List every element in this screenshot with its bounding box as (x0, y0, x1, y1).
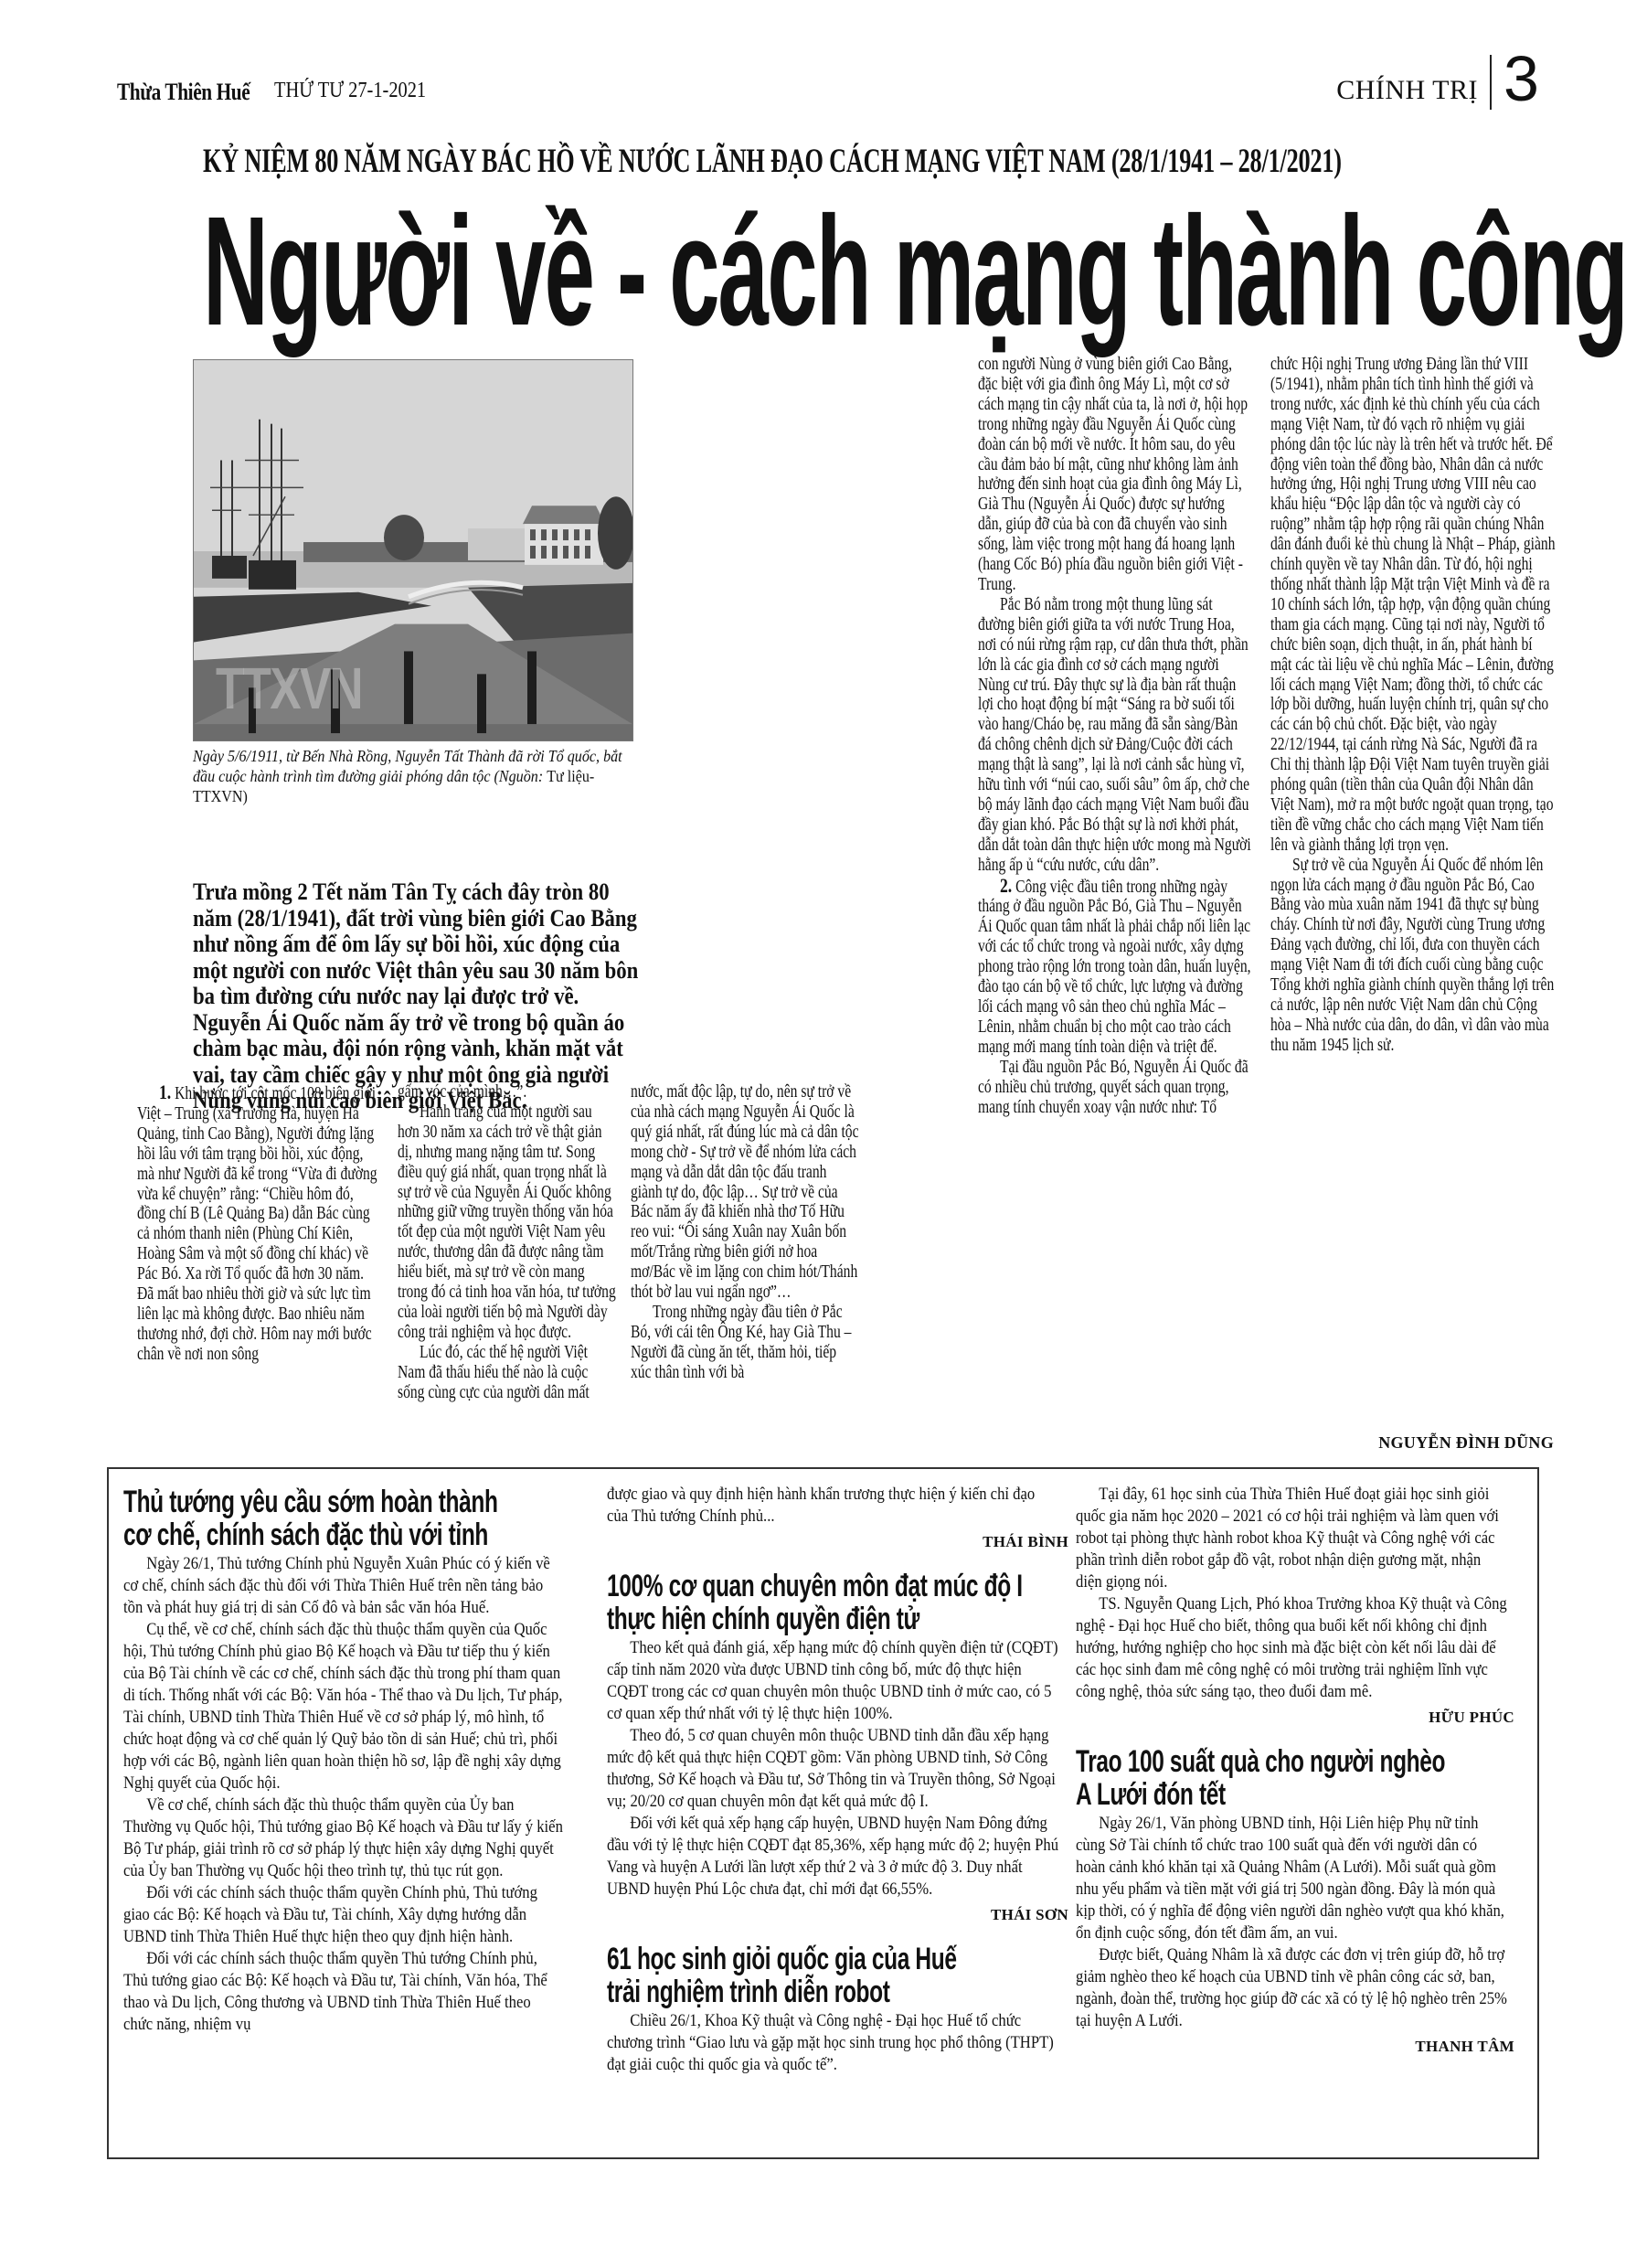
paragraph: Sự trở về của Nguyễn Ái Quốc để nhóm lên… (1270, 856, 1556, 1056)
page-number: 3 (1504, 42, 1539, 115)
article-byline: NGUYỄN ĐÌNH DŨNG (1270, 1433, 1554, 1453)
paragraph: Tại đây, 61 học sinh của Thừa Thiên Huế … (1076, 1484, 1508, 1593)
photo-caption: Ngày 5/6/1911, từ Bến Nhà Rồng, Nguyễn T… (193, 746, 637, 806)
paragraph: Pắc Bó nằm trong một thung lũng sát đườn… (978, 595, 1252, 876)
title-line: cơ chế, chính sách đặc thù với tỉnh (123, 1518, 452, 1551)
title-line: Trao 100 suất quà cho người nghèo (1076, 1745, 1392, 1778)
paragraph: được giao và quy định hiện hành khẩn trư… (607, 1484, 1059, 1528)
paragraph: chức Hội nghị Trung ương Đảng lần thứ VI… (1270, 355, 1556, 856)
news-title: 100% cơ quan chuyên môn đạt múc độ I thự… (607, 1570, 940, 1635)
news-column-3: Tại đây, 61 học sinh của Thừa Thiên Huế … (1076, 1484, 1514, 2074)
title-line: Thủ tướng yêu cầu sớm hoàn thành (123, 1485, 452, 1518)
news-column-2: được giao và quy định hiện hành khẩn trư… (607, 1484, 1068, 2076)
paragraph: 1. Khi bước tới cột mốc 108 biên giới Vi… (137, 1082, 380, 1365)
title-line: trải nghiệm trình diễn robot (607, 1975, 940, 2008)
news-byline: THÁI BÌNH (607, 1533, 1068, 1551)
paragraph: gấm vóc của mình…”. (398, 1082, 617, 1102)
photo-watermark: TTXVN (216, 655, 362, 722)
title-line: A Lưới đón tết (1076, 1778, 1392, 1811)
news-title: 61 học sinh giỏi quốc gia của Huế trải n… (607, 1943, 940, 2008)
article-photo: TTXVN (193, 359, 633, 741)
body-column-2: gấm vóc của mình…”. Hành trang của một n… (398, 1082, 617, 1403)
section-number: 2. (1000, 874, 1012, 897)
paragraph: Đối với các chính sách thuộc thẩm quyền … (123, 1948, 564, 2036)
paragraph: Ngày 26/1, Văn phòng UBND tỉnh, Hội Liên… (1076, 1813, 1508, 1944)
article-kicker: KỶ NIỆM 80 NĂM NGÀY BÁC HỒ VỀ NƯỚC LÃNH … (203, 142, 1164, 181)
body-column-b: chức Hội nghị Trung ương Đảng lần thứ VI… (1270, 355, 1556, 1056)
paragraph: Tại đầu nguồn Pắc Bó, Nguyễn Ái Quốc đã … (978, 1058, 1252, 1118)
paragraph: Đối với các chính sách thuộc thẩm quyền … (123, 1882, 564, 1948)
lead-text: Trưa mồng 2 Tết năm Tân Tỵ cách đây tròn… (193, 879, 641, 1114)
paragraph: 2. Công việc đầu tiên trong những ngày t… (978, 876, 1252, 1058)
news-byline: HỮU PHÚC (1076, 1709, 1514, 1727)
issue-date: THỨ TƯ 27-1-2021 (274, 79, 426, 103)
paragraph: Theo kết quả đánh giá, xếp hạng mức độ c… (607, 1637, 1059, 1725)
news-title: Trao 100 suất quà cho người nghèo A Lưới… (1076, 1745, 1392, 1811)
paragraph: Hành trang của một người sau hơn 30 năm … (398, 1102, 617, 1343)
paragraph: Trong những ngày đầu tiên ở Pắc Bó, với … (631, 1303, 859, 1383)
paragraph: Ngày 26/1, Thủ tướng Chính phủ Nguyễn Xu… (123, 1553, 564, 1619)
paragraph: Đối với kết quả xếp hạng cấp huyện, UBND… (607, 1813, 1059, 1901)
section-number: 1. (159, 1081, 171, 1103)
paragraph: Về cơ chế, chính sách đặc thù thuộc thẩm… (123, 1794, 564, 1882)
news-column-1: Thủ tướng yêu cầu sớm hoàn thành cơ chế,… (123, 1484, 580, 2036)
paragraph-text: Khi bước tới cột mốc 108 biên giới Việt … (137, 1084, 377, 1364)
title-line: 61 học sinh giỏi quốc gia của Huế (607, 1943, 940, 1975)
paragraph: TS. Nguyễn Quang Lịch, Phó khoa Trưởng k… (1076, 1593, 1508, 1703)
paragraph: Cụ thể, về cơ chế, chính sách đặc thù th… (123, 1619, 564, 1794)
news-title: Thủ tướng yêu cầu sớm hoàn thành cơ chế,… (123, 1485, 452, 1551)
article-lead: Trưa mồng 2 Tết năm Tân Tỵ cách đây tròn… (193, 879, 641, 1114)
body-column-1: 1. Khi bước tới cột mốc 108 biên giới Vi… (137, 1082, 380, 1365)
newspaper-brand: Thừa Thiên Huế (117, 79, 250, 106)
paragraph: con người Nùng ở vùng biên giới Cao Bằng… (978, 355, 1252, 595)
paragraph: nước, mất độc lập, tự do, nên sự trở về … (631, 1082, 859, 1303)
section-divider (1490, 55, 1492, 110)
news-byline: THÁI SƠN (607, 1906, 1068, 1924)
article-headline: Người về - cách mạng thành công (203, 194, 994, 349)
paragraph-text: Công việc đầu tiên trong những ngày thán… (978, 878, 1251, 1057)
news-byline: THANH TÂM (1076, 2038, 1514, 2056)
title-line: thực hiện chính quyền điện tử (607, 1603, 940, 1635)
body-column-3: nước, mất độc lập, tự do, nên sự trở về … (631, 1082, 859, 1383)
body-column-a: con người Nùng ở vùng biên giới Cao Bằng… (978, 355, 1252, 1117)
paragraph: Theo đó, 5 cơ quan chuyên môn thuộc UBND… (607, 1725, 1059, 1813)
section-label: CHÍNH TRỊ (1336, 75, 1478, 106)
news-brief-box: Thủ tướng yêu cầu sớm hoàn thành cơ chế,… (107, 1467, 1539, 2159)
title-line: 100% cơ quan chuyên môn đạt múc độ I (607, 1570, 940, 1603)
paragraph: Chiều 26/1, Khoa Kỹ thuật và Công nghệ -… (607, 2010, 1059, 2076)
paragraph: Lúc đó, các thế hệ người Việt Nam đã thấ… (398, 1343, 617, 1403)
paragraph: Được biết, Quảng Nhâm là xã được các đơn… (1076, 1944, 1508, 2032)
